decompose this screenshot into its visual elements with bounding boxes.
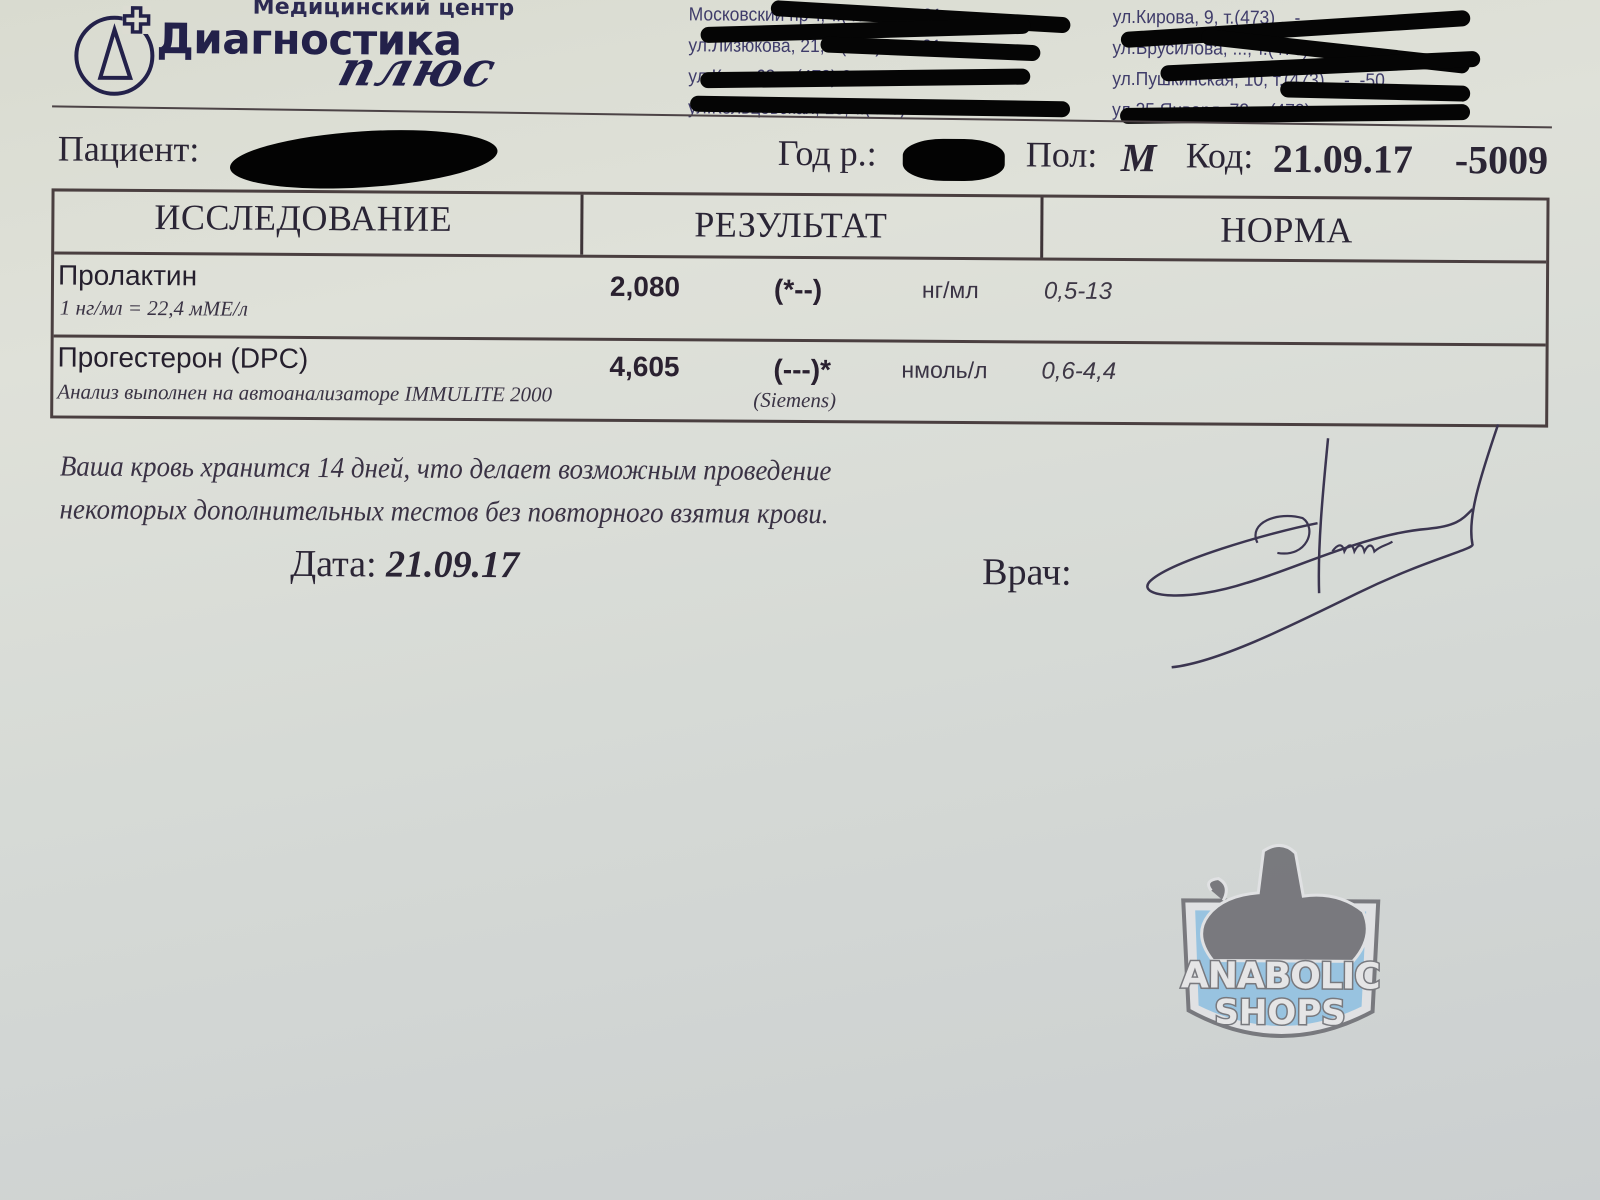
result-unit: нмоль/л bbox=[901, 357, 987, 385]
results-table: ИССЛЕДОВАНИЕ РЕЗУЛЬТАТ НОРМА Пролактин 1… bbox=[50, 188, 1549, 427]
analyzer-vendor: (Siemens) bbox=[753, 388, 836, 414]
clinic-logo: Медицинский центр Диагностика плюс bbox=[70, 0, 541, 103]
result-value: 2,080 bbox=[610, 271, 680, 303]
date-label: Дата: bbox=[290, 543, 377, 586]
report-date: Дата: 21.09.17 bbox=[290, 542, 519, 587]
column-header-norm: НОРМА bbox=[1220, 209, 1353, 252]
sex-value: М bbox=[1121, 134, 1157, 181]
test-note: Анализ выполнен на автоанализаторе IMMUL… bbox=[57, 379, 552, 407]
blood-storage-note: Ваша кровь хранится 14 дней, что делает … bbox=[59, 445, 831, 536]
note-line: некоторых дополнительных тестов без повт… bbox=[59, 488, 831, 536]
anabolic-shops-watermark: ANABOLIC SHOPS bbox=[1162, 840, 1398, 1051]
test-name: Прогестерон (DPC) bbox=[57, 341, 308, 375]
patient-name-redacted bbox=[228, 123, 499, 196]
birth-year-redacted bbox=[903, 139, 1005, 182]
result-value: 4,605 bbox=[609, 351, 679, 383]
code-date: 21.09.17 bbox=[1273, 135, 1413, 183]
doctor-signature-icon bbox=[1127, 422, 1509, 674]
reference-range: 0,6-4,4 bbox=[1041, 357, 1116, 385]
watermark-line1: ANABOLIC bbox=[1163, 955, 1398, 997]
note-line: Ваша кровь хранится 14 дней, что делает … bbox=[60, 445, 832, 493]
logo-script: плюс bbox=[333, 41, 504, 98]
result-unit: нг/мл bbox=[922, 277, 979, 304]
header-row-divider bbox=[54, 251, 1546, 263]
result-flag: (*--) bbox=[774, 274, 822, 306]
column-header-result: РЕЗУЛЬТАТ bbox=[694, 203, 887, 246]
column-divider bbox=[580, 195, 583, 255]
code-label: Код: bbox=[1186, 134, 1254, 176]
patient-label: Пациент: bbox=[58, 127, 200, 170]
test-note: 1 нг/мл = 22,4 мМЕ/л bbox=[60, 295, 248, 321]
doctor-label: Врач: bbox=[982, 550, 1072, 595]
sex-label: Пол: bbox=[1026, 133, 1098, 175]
column-header-test: ИССЛЕДОВАНИЕ bbox=[154, 196, 452, 240]
birth-year-label: Год р.: bbox=[778, 132, 877, 175]
result-flag: (---)* bbox=[773, 354, 831, 386]
test-name: Пролактин bbox=[58, 259, 197, 292]
code-number: -5009 bbox=[1455, 136, 1549, 184]
column-divider bbox=[1040, 197, 1043, 257]
date-value: 21.09.17 bbox=[386, 543, 519, 586]
lab-report-page: Медицинский центр Диагностика плюс Моско… bbox=[0, 0, 1600, 1200]
patient-info: Пациент: Год р.: Пол: М Код: 21.09.17 -5… bbox=[58, 123, 1558, 192]
reference-range: 0,5-13 bbox=[1044, 277, 1112, 305]
watermark-line2: SHOPS bbox=[1162, 992, 1397, 1033]
